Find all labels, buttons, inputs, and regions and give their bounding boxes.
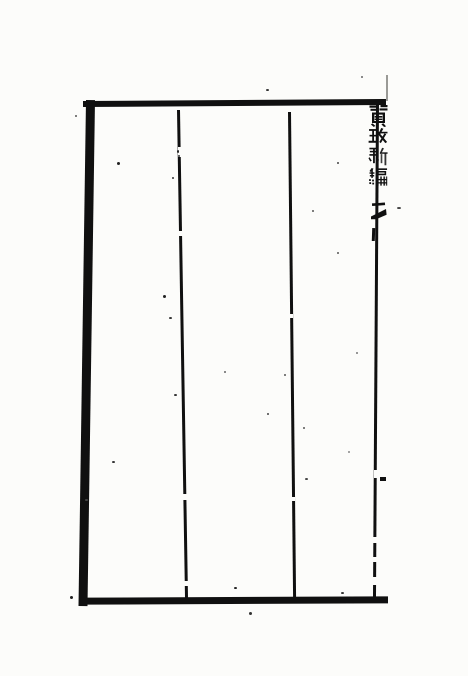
noise-speck: [397, 207, 401, 209]
frame-bottom-border: [86, 596, 388, 604]
noise-speck: [337, 252, 339, 254]
frame-left-border: [78, 100, 95, 606]
noise-speck: [305, 478, 308, 480]
page-marker-text: 二: [370, 201, 371, 202]
noise-speck: [178, 155, 180, 157]
line-break-gap: [373, 577, 378, 585]
noise-speck: [337, 162, 339, 164]
gutter-erosion-fade: [387, 98, 399, 238]
noise-speck: [177, 150, 179, 153]
column-divider-1: [177, 110, 188, 599]
line-break-gap: [373, 557, 378, 562]
line-break-gap: [291, 497, 295, 501]
noise-speck: [266, 89, 269, 91]
noise-speck: [112, 461, 115, 463]
noise-speck: [70, 596, 73, 599]
frame-top-border: [83, 99, 386, 107]
noise-speck: [303, 427, 305, 429]
page-marker-tail-stroke: [372, 228, 375, 241]
noise-speck: [348, 451, 350, 453]
noise-speck: [163, 295, 166, 298]
line-break-gap: [289, 314, 293, 318]
noise-speck: [284, 374, 286, 376]
noise-speck: [75, 115, 77, 117]
margin-tick-mark: [380, 477, 386, 481]
noise-speck: [174, 394, 177, 396]
noise-speck: [117, 162, 120, 165]
noise-speck: [224, 371, 226, 373]
page-marker: 二: [370, 201, 388, 228]
noise-speck: [312, 210, 314, 212]
noise-speck: [169, 317, 172, 319]
noise-speck: [267, 413, 269, 415]
noise-speck: [249, 612, 252, 615]
noise-speck: [172, 177, 174, 179]
margin-title-char-4: [368, 168, 389, 186]
scanned-book-page: 資政新編: [0, 0, 468, 676]
line-break-gap: [373, 537, 378, 543]
margin-title-text: 資政新編: [367, 103, 368, 104]
margin-title-char-2: [368, 128, 389, 146]
column-divider-2: [288, 112, 296, 599]
noise-speck: [341, 592, 344, 594]
line-break-gap: [184, 581, 188, 586]
line-break-gap: [179, 231, 183, 236]
noise-speck: [234, 587, 237, 589]
noise-speck: [85, 499, 88, 501]
margin-title-char-3: [368, 147, 389, 167]
line-break-gap: [374, 470, 379, 478]
line-break-gap: [183, 494, 187, 500]
noise-speck: [361, 76, 363, 78]
noise-speck: [356, 352, 358, 354]
